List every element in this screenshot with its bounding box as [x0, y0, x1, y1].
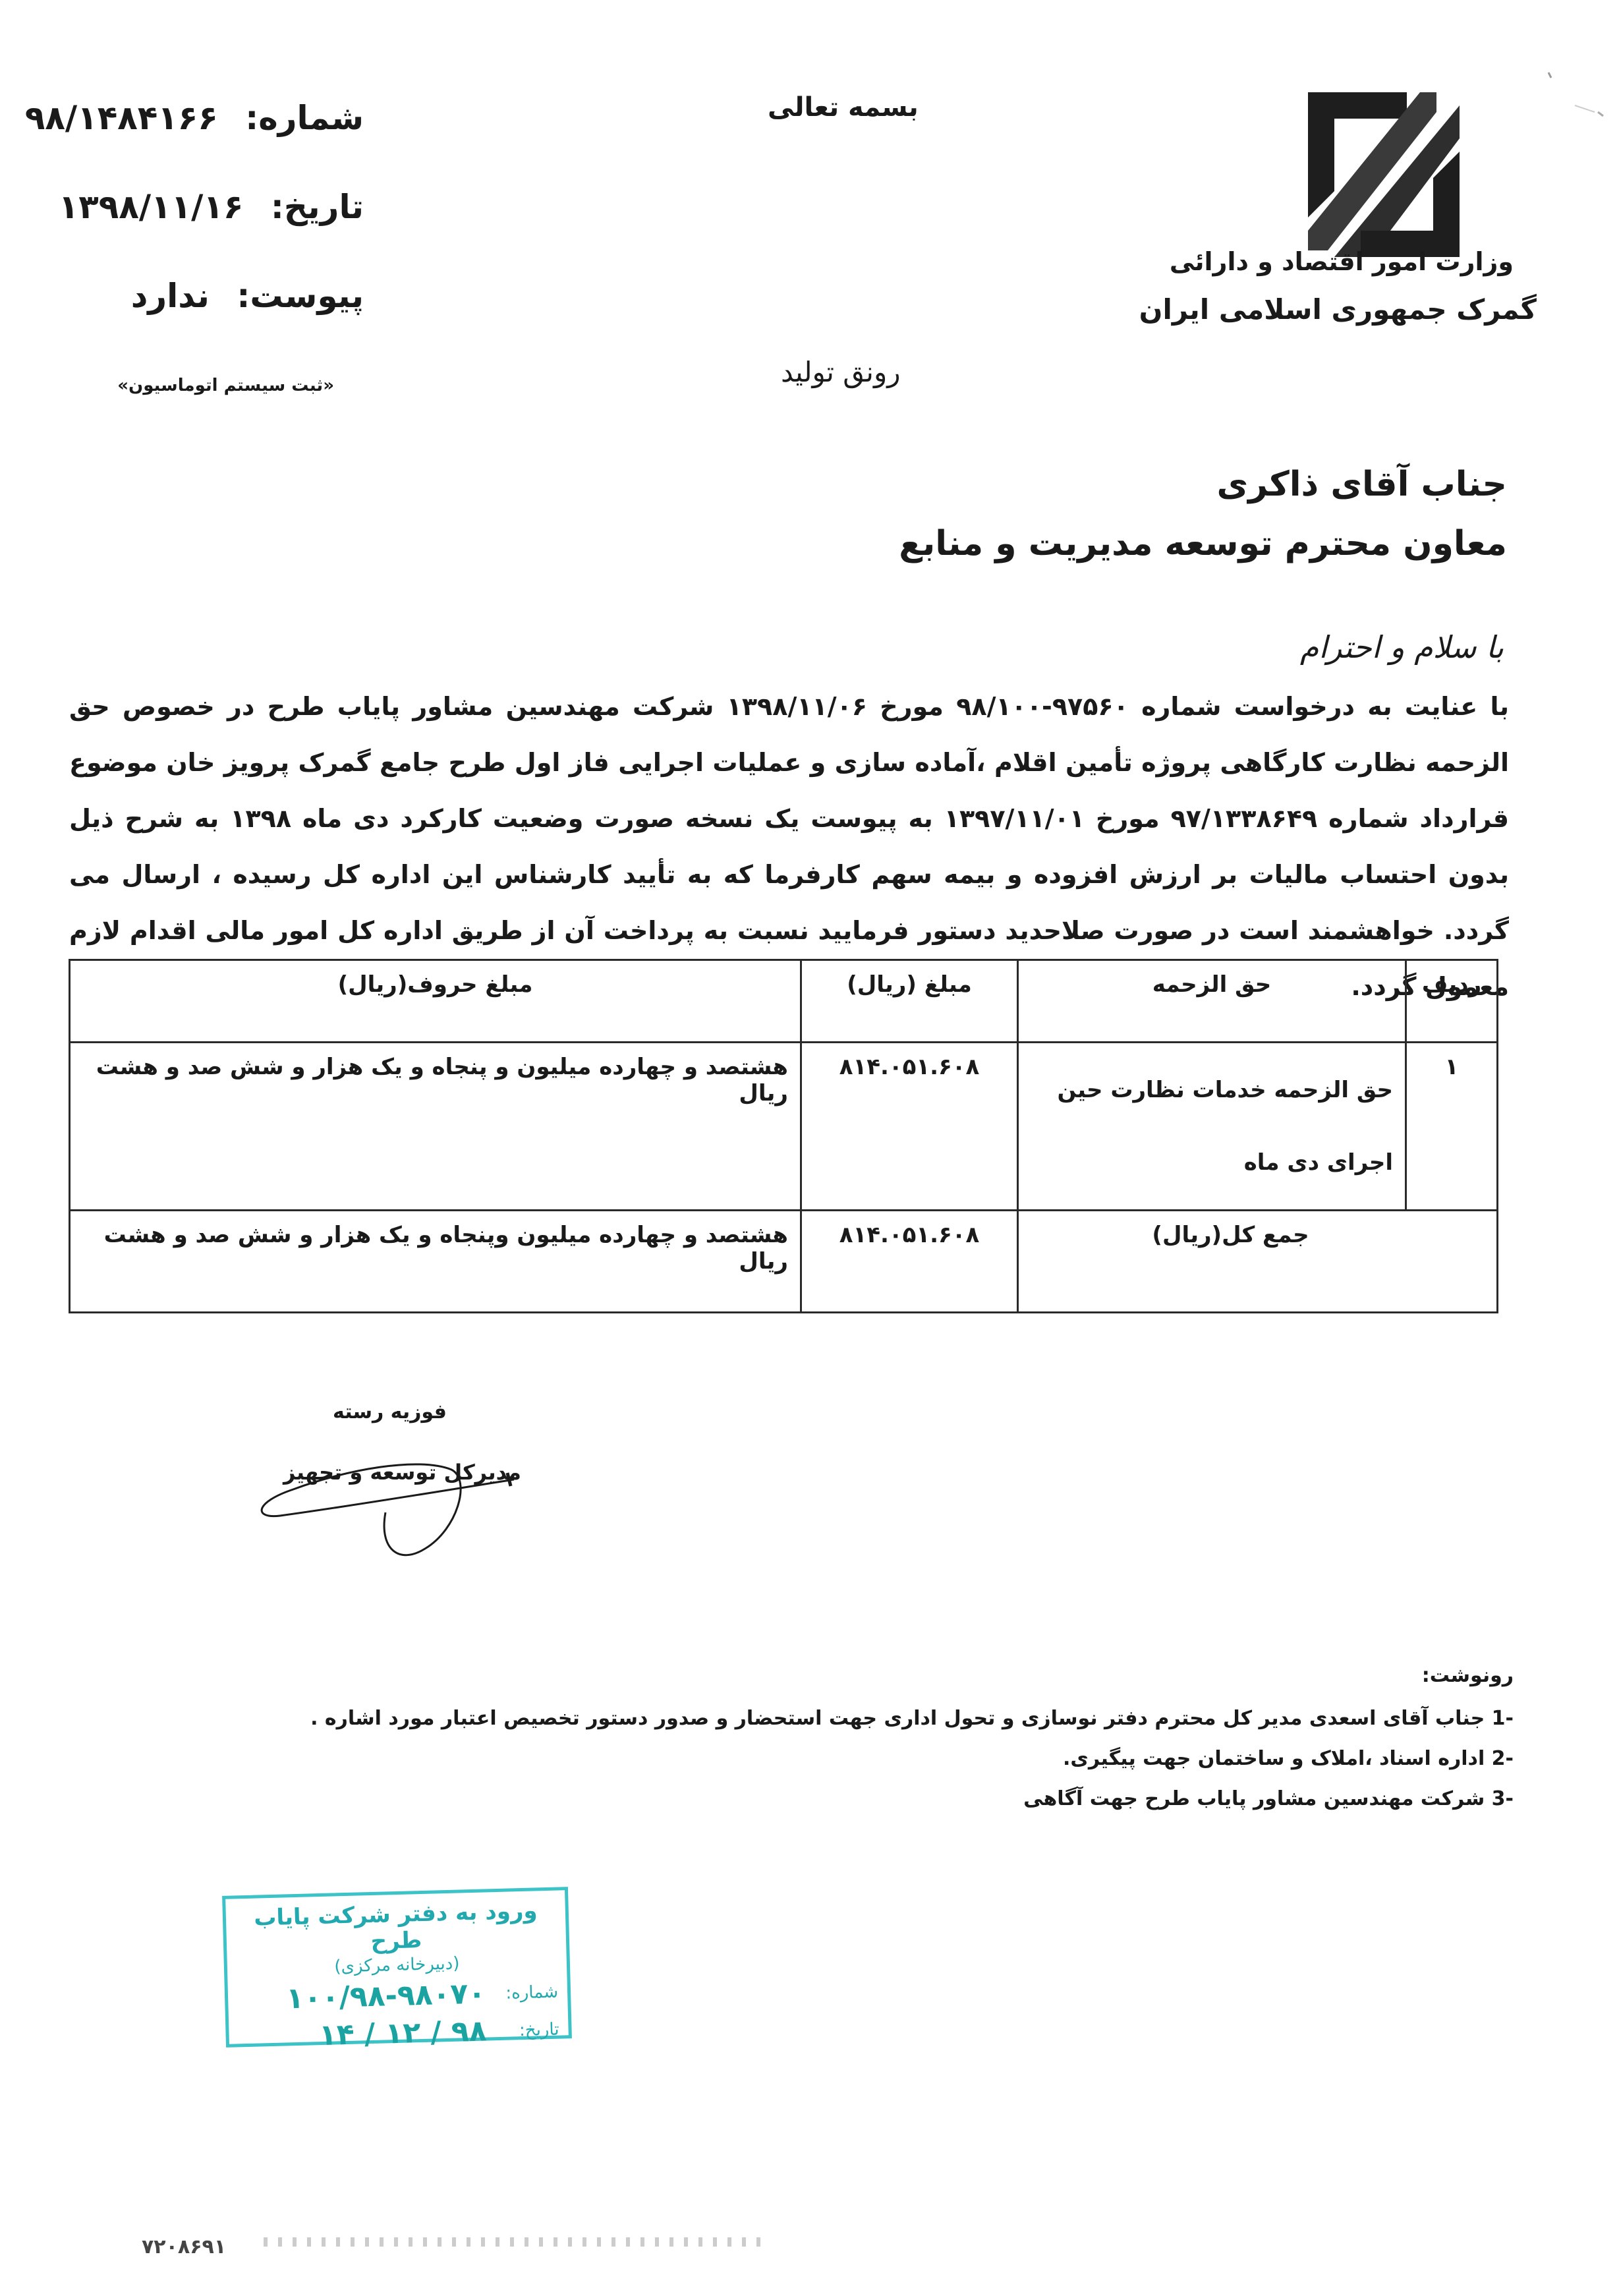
signatory-name: فوزیه رسته: [333, 1400, 447, 1423]
agency-name: گمرک جمهوری اسلامی ایران: [1139, 293, 1537, 326]
cc-item: -1 جناب آقای اسعدی مدیر کل محترم دفتر نو…: [310, 1707, 1514, 1730]
customs-logo-icon: [1308, 92, 1460, 257]
stamp-date-label: تاریخ:: [486, 2019, 559, 2041]
cc-title: رونوشت:: [310, 1664, 1514, 1687]
letter-date-label: تاریخ:: [271, 188, 364, 226]
cell-total-label: جمع کل(ریال): [1018, 1211, 1498, 1313]
letter-attachment: پیوست: ندارد: [131, 277, 364, 315]
cell-description: حق الزحمه خدمات نظارت حین اجرای دی ماه: [1018, 1043, 1406, 1211]
cell-row-number: ۱: [1406, 1043, 1498, 1211]
fees-table: ردیف حق الزحمه مبلغ (ریال) مبلغ حروف(ریا…: [69, 959, 1498, 1313]
cc-item: -2 اداره اسناد ،املاک و ساختمان جهت پیگی…: [310, 1747, 1514, 1770]
table-row: ۱ حق الزحمه خدمات نظارت حین اجرای دی ماه…: [70, 1043, 1498, 1211]
footer-faint-text: [264, 2237, 764, 2247]
letter-attachment-label: پیوست:: [237, 277, 364, 315]
registry-note: «ثبت سیستم اتوماسیون»: [117, 376, 334, 395]
letter-attachment-value: ندارد: [131, 277, 210, 315]
table-header-row: ردیف حق الزحمه مبلغ (ریال) مبلغ حروف(ریا…: [70, 960, 1498, 1043]
handwritten-signature: [254, 1450, 517, 1568]
header-amount-words: مبلغ حروف(ریال): [70, 960, 801, 1043]
letter-number: شماره: ۹۸/۱۴۸۴۱۶۶: [25, 99, 364, 137]
footer-code: ۷۲۰۸۶۹۱: [142, 2235, 226, 2258]
stamp-title: ورود به دفتر شرکت پایاب طرح: [235, 1897, 557, 1959]
cc-item: -3 شرکت مهندسین مشاور پایاب طرح جهت آگاه…: [310, 1787, 1514, 1810]
stamp-date-value: ۹۸ / ۱۲ / ۱۴: [318, 2014, 487, 2052]
header-description: حق الزحمه: [1018, 960, 1406, 1043]
cell-total-amount: ۸۱۴.۰۵۱.۶۰۸: [801, 1211, 1018, 1313]
header-amount: مبلغ (ریال): [801, 960, 1018, 1043]
recipient-name: جناب آقای ذاکری: [1216, 465, 1507, 504]
invocation-heading: بسمه تعالی: [768, 92, 919, 123]
cc-section: رونوشت: -1 جناب آقای اسعدی مدیر کل محترم…: [310, 1664, 1514, 1827]
recipient-title: معاون محترم توسعه مدیریت و منابع: [899, 524, 1507, 563]
letter-date-value: ۱۳۹۸/۱۱/۱۶: [59, 188, 244, 226]
slogan: رونق تولید: [781, 356, 901, 388]
stamp-date-row: تاریخ: ۹۸ / ۱۲ / ۱۴: [238, 2013, 559, 2055]
greeting: با سلام و احترام: [1300, 629, 1504, 665]
ministry-name: وزارت امور اقتصاد و دارائی: [1170, 247, 1514, 276]
table-total-row: جمع کل(ریال) ۸۱۴.۰۵۱.۶۰۸ هشتصد و چهارده …: [70, 1211, 1498, 1313]
cell-total-amount-words: هشتصد و چهارده میلیون وپنجاه و یک هزار و…: [70, 1211, 801, 1313]
letter-number-label: شماره:: [245, 99, 364, 137]
letter-date: تاریخ: ۱۳۹۸/۱۱/۱۶: [59, 188, 364, 226]
stamp-number-label: شماره:: [486, 1982, 559, 2003]
stamp-number-value: ۱۰۰/۹۸-۹۸۰۷۰: [286, 1976, 486, 2015]
cell-amount: ۸۱۴.۰۵۱.۶۰۸: [801, 1043, 1018, 1211]
header-row-number: ردیف: [1406, 960, 1498, 1043]
stamp-number-row: شماره: ۱۰۰/۹۸-۹۸۰۷۰: [237, 1975, 559, 2017]
cell-amount-words: هشتصد و چهارده میلیون و پنجاه و یک هزار …: [70, 1043, 801, 1211]
scan-artifact-marks: [1535, 66, 1608, 125]
received-stamp: ورود به دفتر شرکت پایاب طرح (دبیرخانه مر…: [222, 1887, 572, 2048]
letter-number-value: ۹۸/۱۴۸۴۱۶۶: [25, 99, 218, 137]
